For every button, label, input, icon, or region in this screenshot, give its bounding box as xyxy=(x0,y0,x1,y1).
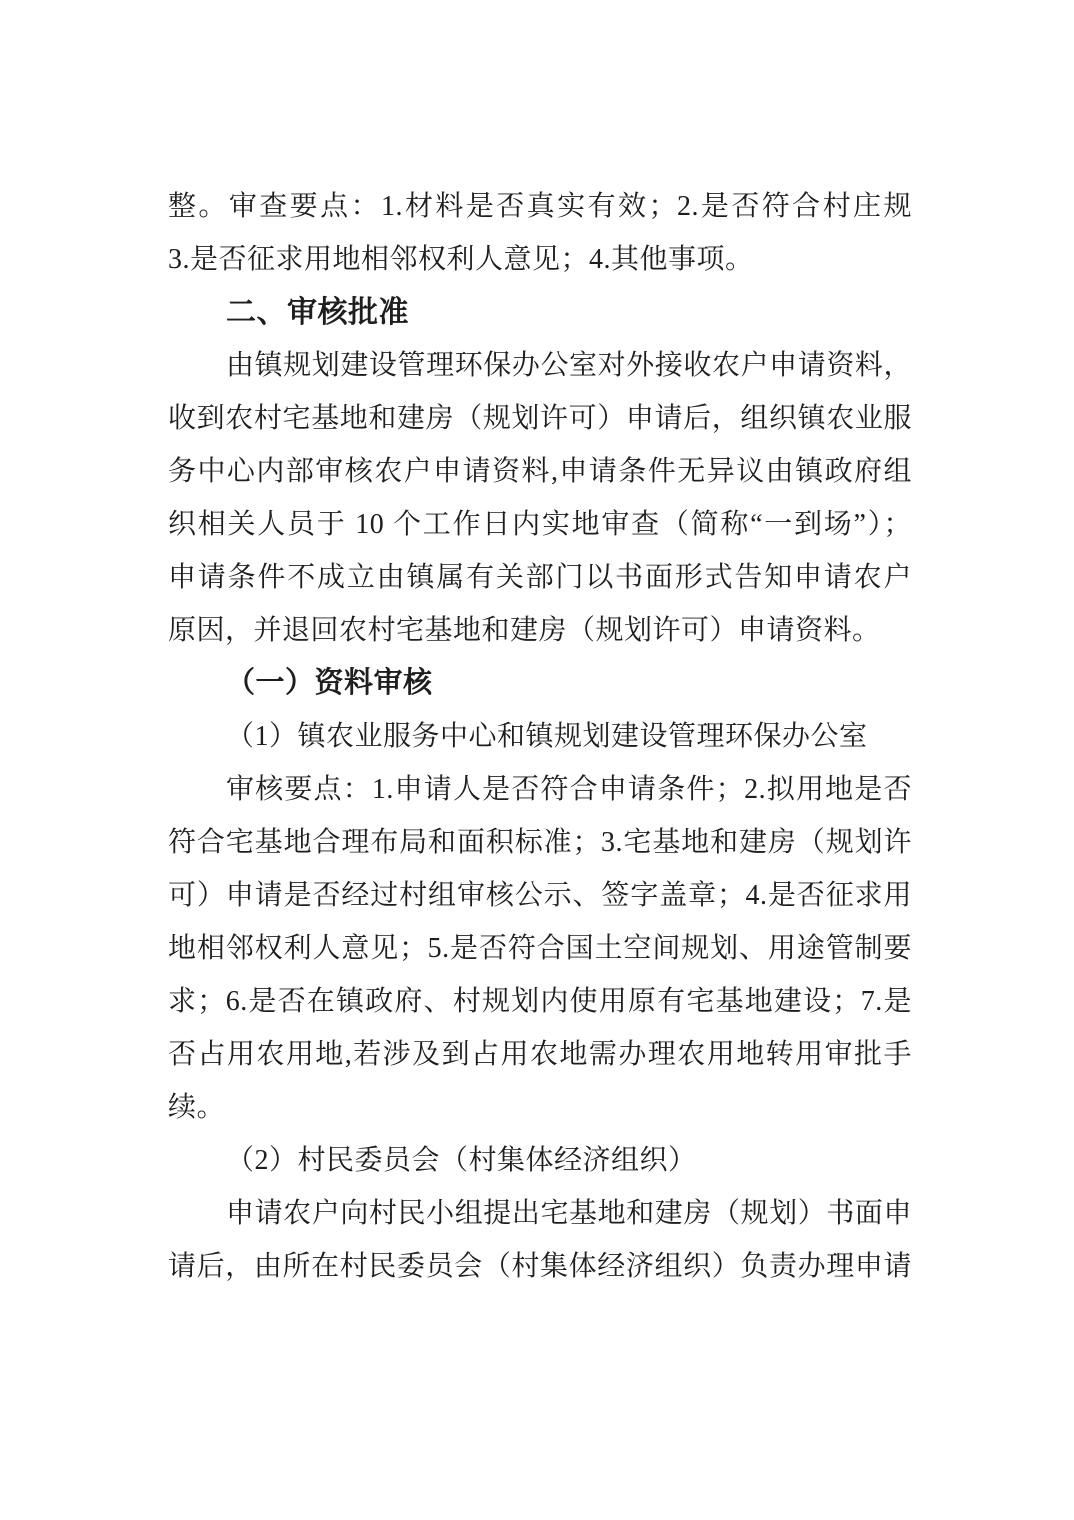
text-line: 3.是否征求用地相邻权利人意见；4.其他事项。 xyxy=(168,233,912,286)
text-line: 可）申请是否经过村组审核公示、签字盖章；4.是否征求用 xyxy=(168,869,912,922)
text-line: 务中心内部审核农户申请资料,申请条件无异议由镇政府组 xyxy=(168,445,912,498)
text-line: 整。审查要点：1.材料是否真实有效；2.是否符合村庄规划； xyxy=(168,180,912,233)
text-line: 由镇规划建设管理环保办公室对外接收农户申请资料， xyxy=(168,339,912,392)
text-line: 收到农村宅基地和建房（规划许可）申请后，组织镇农业服 xyxy=(168,392,912,445)
text-line: 请后，由所在村民委员会（村集体经济组织）负责办理申请 xyxy=(168,1240,912,1293)
text-line: （1）镇农业服务中心和镇规划建设管理环保办公室 xyxy=(168,710,912,763)
text-line: 申请条件不成立由镇属有关部门以书面形式告知申请农户 xyxy=(168,551,912,604)
text-line: 审核要点：1.申请人是否符合申请条件；2.拟用地是否 xyxy=(168,763,912,816)
text-line: 求；6.是否在镇政府、村规划内使用原有宅基地建设；7.是 xyxy=(168,975,912,1028)
text-line: 续。 xyxy=(168,1081,912,1134)
document-page: 整。审查要点：1.材料是否真实有效；2.是否符合村庄规划；3.是否征求用地相邻权… xyxy=(0,0,1074,1520)
text-line: 原因，并退回农村宅基地和建房（规划许可）申请资料。 xyxy=(168,604,912,657)
text-line: 申请农户向村民小组提出宅基地和建房（规划）书面申 xyxy=(168,1187,912,1240)
section-heading: 二、审核批准 xyxy=(168,286,912,339)
text-line: 否占用农用地,若涉及到占用农地需办理农用地转用审批手 xyxy=(168,1028,912,1081)
sub-heading: （一）资料审核 xyxy=(168,657,912,710)
text-line: 地相邻权利人意见；5.是否符合国土空间规划、用途管制要 xyxy=(168,922,912,975)
text-line: （2）村民委员会（村集体经济组织） xyxy=(168,1134,912,1187)
text-line: 符合宅基地合理布局和面积标准；3.宅基地和建房（规划许 xyxy=(168,816,912,869)
text-line: 织相关人员于 10 个工作日内实地审查（简称“一到场”）； xyxy=(168,498,912,551)
text-block: 整。审查要点：1.材料是否真实有效；2.是否符合村庄规划；3.是否征求用地相邻权… xyxy=(168,180,912,1293)
